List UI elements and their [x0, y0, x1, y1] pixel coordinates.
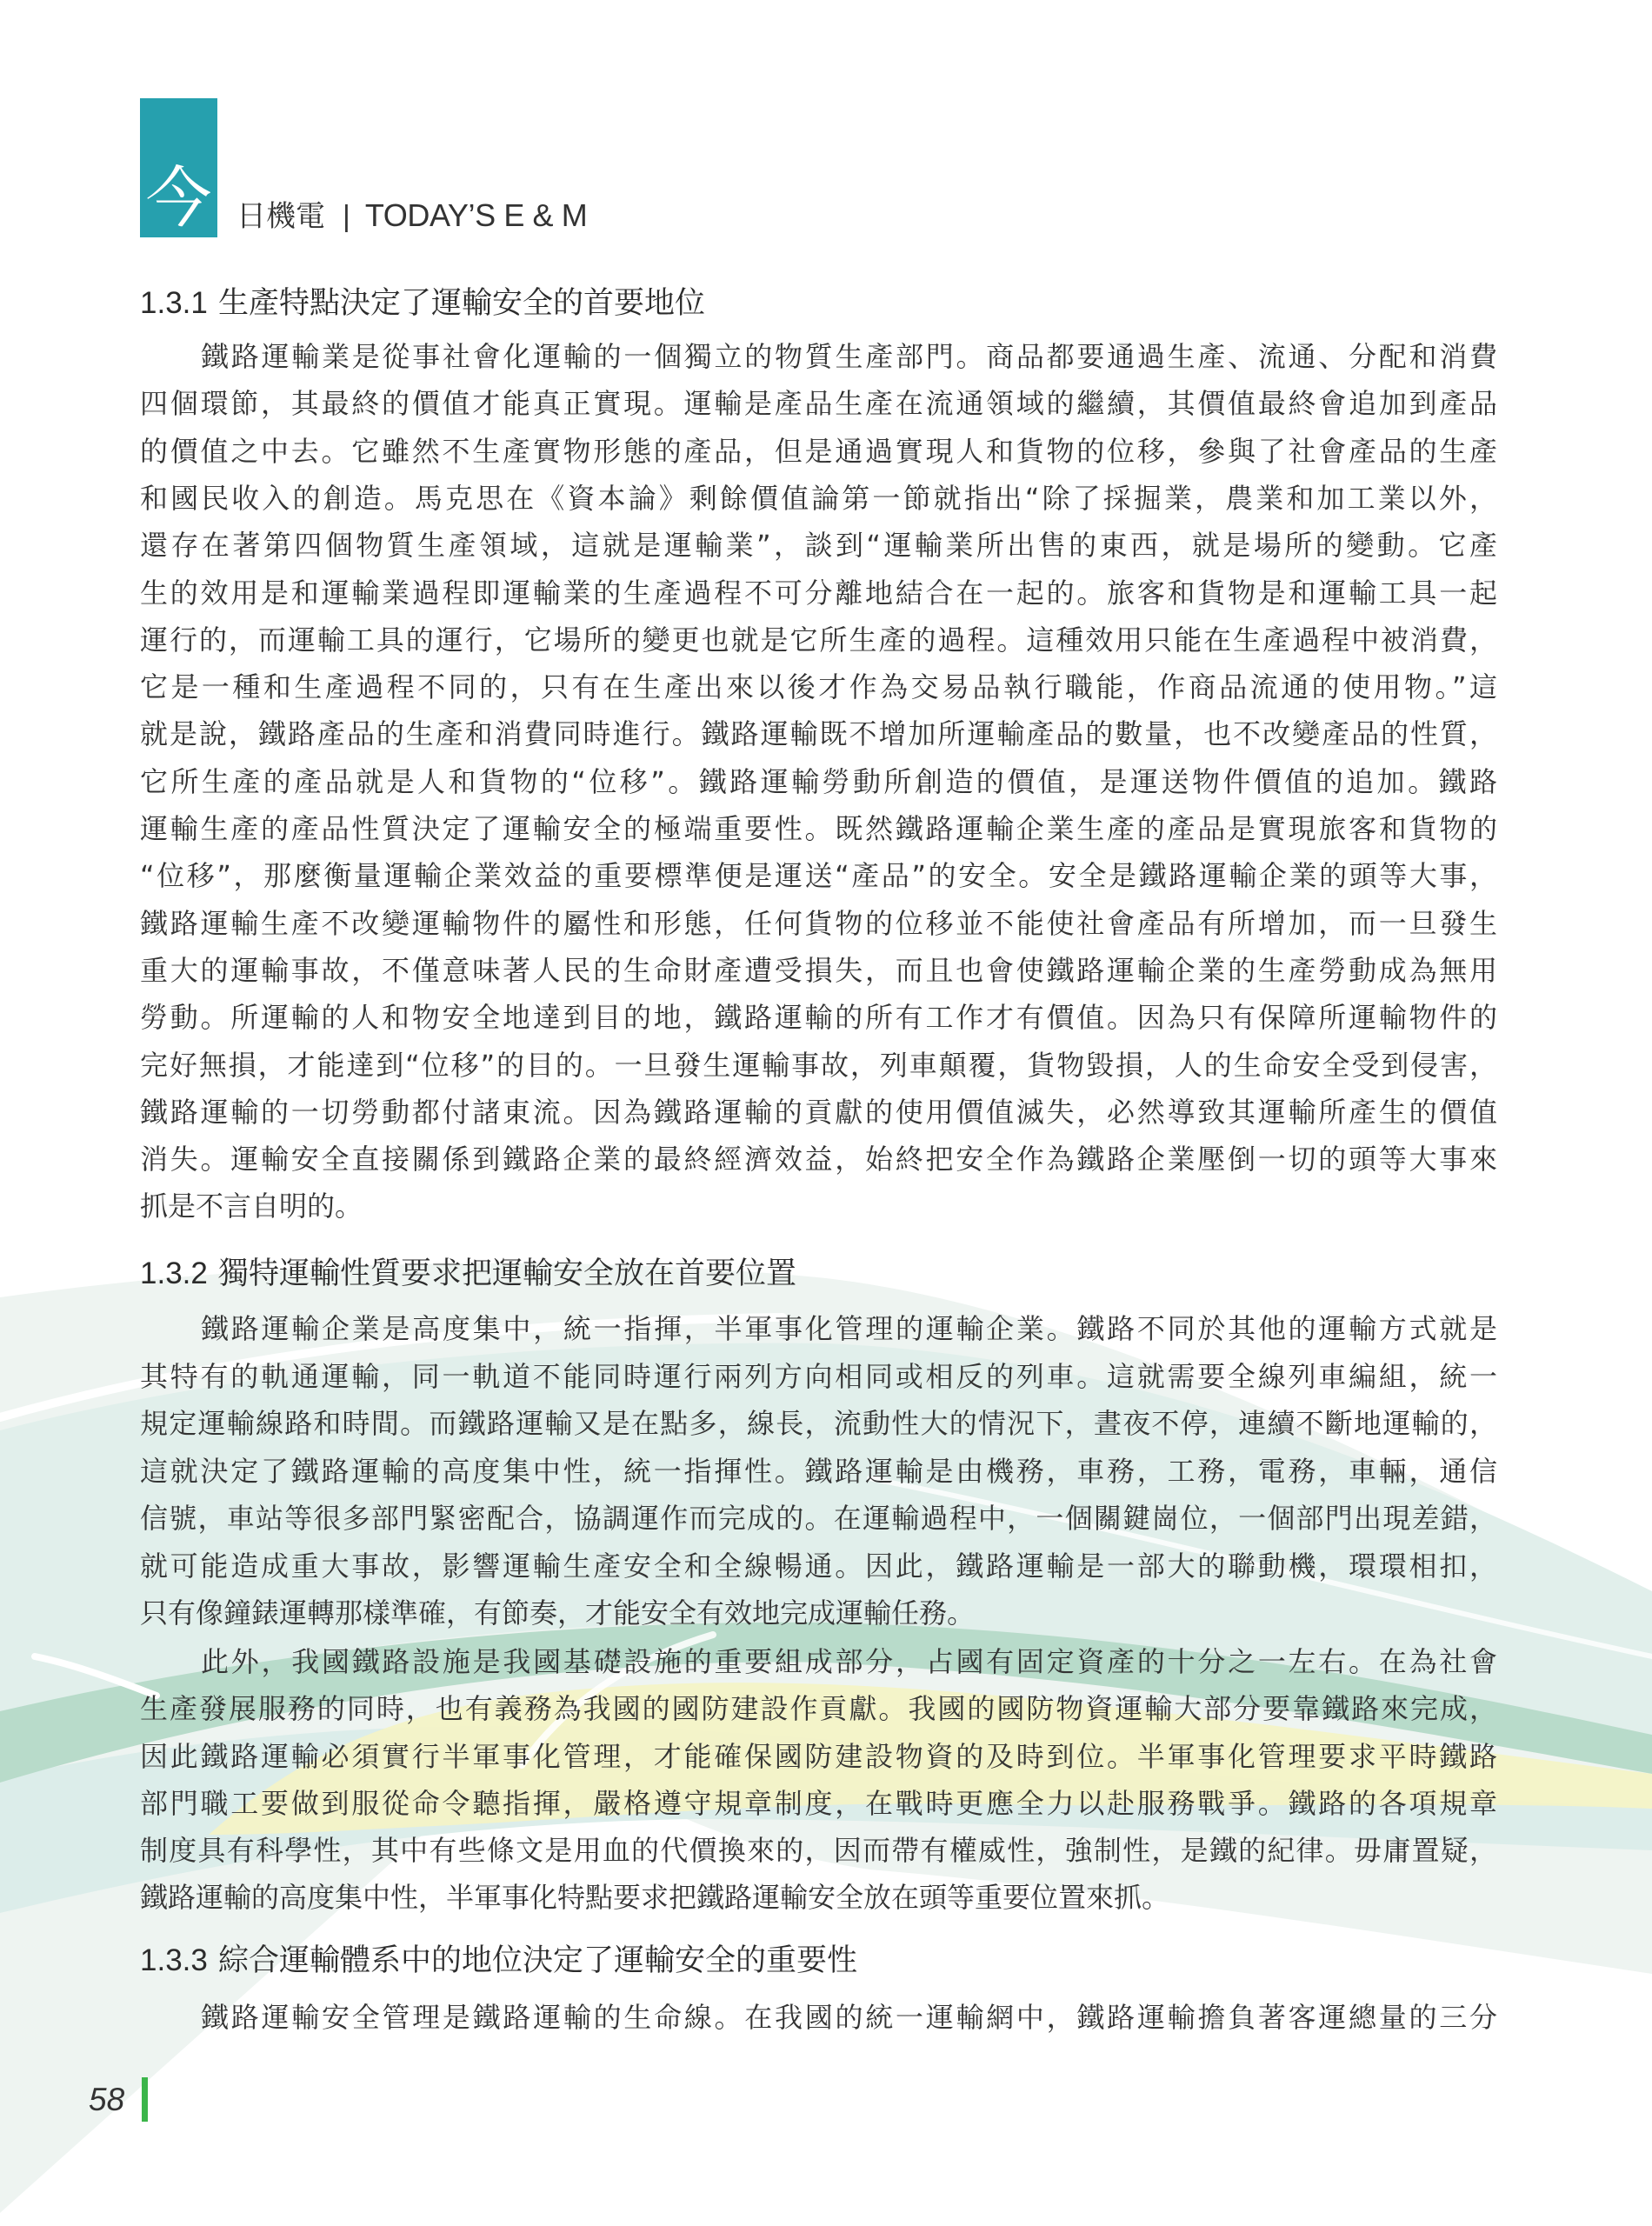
body-line: 就是說，鐵路產品的生產和消費同時進行。鐵路運輸既不增加所運輸產品的數量，也不改變… — [140, 710, 1497, 757]
body-line: 鐵路運輸企業是高度集中，統一指揮，半軍事化管理的運輸企業。鐵路不同於其他的運輸方… — [201, 1305, 1497, 1352]
masthead-title-en: TODAY’S E & M — [365, 197, 588, 233]
body-line: 的價值之中去。它雖然不生產實物形態的產品，但是通過實現人和貨物的位移，參與了社會… — [140, 428, 1497, 475]
body-line: “位移”，那麼衡量運輸企業效益的重要標準便是運送“產品”的安全。安全是鐵路運輸企… — [140, 852, 1497, 899]
body-line: 生產發展服務的同時，也有義務為我國的國防建設作貢獻。我國的國防物資運輸大部分要靠… — [140, 1685, 1497, 1732]
section-number: 1.3.1 — [140, 280, 218, 327]
body-line: 和國民收入的創造。馬克思在《資本論》剩餘價值論第一節就指出“除了採掘業，農業和加… — [140, 475, 1497, 522]
section-title: 獨特運輸性質要求把運輸安全放在首要位置 — [218, 1256, 796, 1291]
body-line: 重大的運輸事故，不僅意味著人民的生命財產遭受損失，而且也會使鐵路運輸企業的生產勞… — [140, 947, 1497, 994]
body-line: 四個環節，其最終的價值才能真正實現。運輸是產品生產在流通領域的繼續，其價值最終會… — [140, 380, 1497, 427]
body-line: 就可能造成重大事故，影響運輸生產安全和全線暢通。因此，鐵路運輸是一部大的聯動機，… — [140, 1543, 1497, 1590]
body-line: 鐵路運輸安全管理是鐵路運輸的生命線。在我國的統一運輸網中，鐵路運輸擔負著客運總量… — [201, 1994, 1497, 2041]
body-line: 還存在著第四個物質生產領域，這就是運輸業”，談到“運輸業所出售的東西，就是場所的… — [140, 522, 1497, 569]
body-line: 運輸生產的產品性質決定了運輸安全的極端重要性。既然鐵路運輸企業生產的產品是實現旅… — [140, 805, 1497, 852]
section-heading: 1.3.1生產特點決定了運輸安全的首要地位 — [140, 280, 705, 327]
body-line: 信號，車站等很多部門緊密配合，協調運作而完成的。在運輸過程中，一個關鍵崗位，一個… — [140, 1495, 1497, 1542]
body-line: 鐵路運輸業是從事社會化運輸的一個獨立的物質生產部門。商品都要通過生產、流通、分配… — [201, 333, 1497, 380]
masthead-title-cn: 日機電 — [236, 199, 325, 234]
body-line: 鐵路運輸生產不改變運輸物件的屬性和形態，任何貨物的位移並不能使社會產品有所增加，… — [140, 900, 1497, 947]
body-line: 生的效用是和運輸業過程即運輸業的生產過程不可分離地結合在一起的。旅客和貨物是和運… — [140, 570, 1497, 616]
section-number: 1.3.3 — [140, 1937, 218, 1984]
body-line: 其特有的軌通運輸，同一軌道不能同時運行兩列方向相同或相反的列車。這就需要全線列車… — [140, 1353, 1497, 1400]
body-line: 只有像鐘錶運轉那樣準確，有節奏，才能安全有效地完成運輸任務。 — [140, 1590, 1497, 1636]
magazine-logo: 今 — [140, 98, 217, 237]
body-line: 規定運輸線路和時間。而鐵路運輸又是在點多，線長，流動性大的情況下，晝夜不停，連續… — [140, 1400, 1497, 1447]
body-line: 它是一種和生產過程不同的，只有在生產出來以後才作為交易品執行職能，作商品流通的使… — [140, 663, 1497, 710]
body-line: 抓是不言自明的。 — [140, 1183, 1497, 1230]
page-number-accent-bar — [142, 2077, 148, 2122]
section-title: 綜合運輸體系中的地位決定了運輸安全的重要性 — [218, 1943, 857, 1978]
section-title: 生產特點決定了運輸安全的首要地位 — [218, 286, 705, 321]
body-line: 完好無損，才能達到“位移”的目的。一旦發生運輸事故，列車顛覆，貨物毀損，人的生命… — [140, 1042, 1497, 1089]
body-line: 部門職工要做到服從命令聽指揮，嚴格遵守規章制度，在戰時更應全力以赴服務戰爭。鐵路… — [140, 1780, 1497, 1827]
body-line: 鐵路運輸的一切勞動都付諸東流。因為鐵路運輸的貢獻的使用價值滅失，必然導致其運輸所… — [140, 1089, 1497, 1136]
body-line: 此外，我國鐵路設施是我國基礎設施的重要組成部分，占國有固定資產的十分之一左右。在… — [201, 1638, 1497, 1685]
section-number: 1.3.2 — [140, 1250, 218, 1297]
page-number: 58 — [89, 2083, 124, 2117]
body-line: 消失。運輸安全直接關係到鐵路企業的最終經濟效益，始終把安全作為鐵路企業壓倒一切的… — [140, 1136, 1497, 1183]
body-line: 鐵路運輸的高度集中性，半軍事化特點要求把鐵路運輸安全放在頭等重要位置來抓。 — [140, 1874, 1497, 1921]
body-line: 因此鐵路運輸必須實行半軍事化管理，才能確保國防建設物資的及時到位。半軍事化管理要… — [140, 1733, 1497, 1780]
section-heading: 1.3.3綜合運輸體系中的地位決定了運輸安全的重要性 — [140, 1937, 857, 1984]
logo-glyph: 今 — [140, 163, 217, 234]
body-line: 制度具有科學性，其中有些條文是用血的代價換來的，因而帶有權威性，強制性，是鐵的紀… — [140, 1827, 1497, 1874]
masthead-separator: | — [343, 200, 350, 233]
body-line: 勞動。所運輸的人和物安全地達到目的地，鐵路運輸的所有工作才有價值。因為只有保障所… — [140, 994, 1497, 1041]
section-heading: 1.3.2獨特運輸性質要求把運輸安全放在首要位置 — [140, 1250, 796, 1297]
body-line: 它所生產的產品就是人和貨物的“位移”。鐵路運輸勞動所創造的價值，是運送物件價值的… — [140, 758, 1497, 805]
body-line: 運行的，而運輸工具的運行，它場所的變更也就是它所生產的過程。這種效用只能在生產過… — [140, 616, 1497, 663]
body-line: 這就決定了鐵路運輸的高度集中性，統一指揮性。鐵路運輸是由機務，車務，工務，電務，… — [140, 1448, 1497, 1495]
masthead-title: 日機電|TODAY’S E & M — [236, 198, 587, 233]
